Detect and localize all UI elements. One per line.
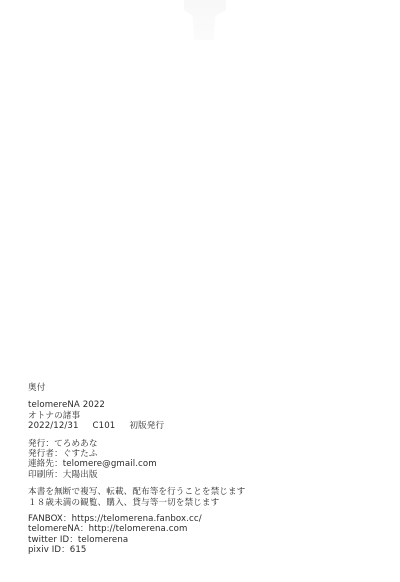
bleed-through-mark	[184, 0, 226, 40]
printer-line: 印刷所：大陽出版	[28, 470, 245, 480]
website-link: telomereNA：http://telomerena.com	[28, 524, 245, 534]
fanbox-link: FANBOX：https://telomerena.fanbox.cc/	[28, 514, 245, 524]
release-date: 2022/12/31	[28, 421, 79, 431]
book-title: オトナの諸事	[28, 411, 245, 421]
release-edition: 初版発行	[129, 421, 164, 431]
colophon-block: 奥付 telomereNA 2022 オトナの諸事 2022/12/31C101…	[28, 383, 245, 556]
twitter-id: twitter ID：telomerena	[28, 535, 245, 545]
release-event: C101	[93, 421, 116, 431]
circle-title: telomereNA 2022	[28, 400, 245, 410]
colophon-heading: 奥付	[28, 383, 245, 393]
publisher-line: 発行：てろめあな	[28, 439, 245, 449]
author-line: 発行者：ぐすたふ	[28, 449, 245, 459]
notice-age: １８歳未満の観覧、購入、貸与等一切を禁じます	[28, 498, 245, 508]
release-line: 2022/12/31C101初版発行	[28, 421, 245, 431]
contact-line: 連絡先：telomere@gmail.com	[28, 459, 245, 469]
pixiv-id: pixiv ID：615	[28, 545, 245, 555]
notice-copy: 本書を無断で複写、転載、配布等を行うことを禁じます	[28, 487, 245, 497]
